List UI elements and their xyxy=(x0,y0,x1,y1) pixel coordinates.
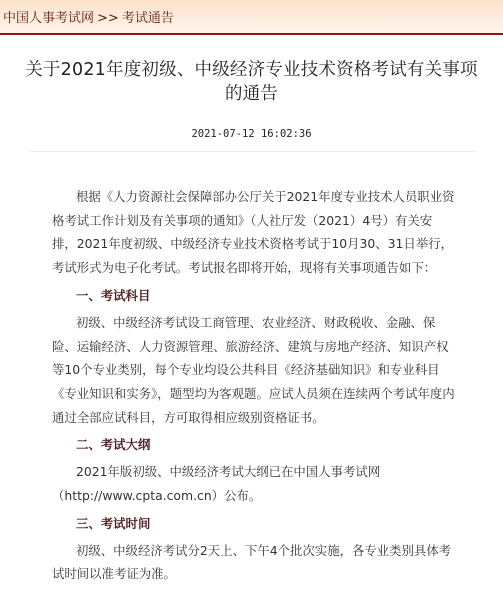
title-divider xyxy=(30,151,476,152)
article-body: 根据《人力资源社会保障部办公厅关于2021年度专业技术人员职业资格考试工作计划及… xyxy=(52,185,456,586)
article-datetime: 2021-07-12 16:02:36 xyxy=(0,128,503,140)
header-divider xyxy=(0,33,503,35)
section-heading-subjects: 一、考试科目 xyxy=(52,280,456,311)
breadcrumb-home-link[interactable]: 中国人事考试网 xyxy=(3,11,94,26)
breadcrumb-current-link[interactable]: 考试通告 xyxy=(122,11,174,26)
section-heading-syllabus: 二、考试大纲 xyxy=(52,429,456,460)
section-paragraph: 初级、中级经济考试分2天上、下午4个批次实施，各专业类别具体考试时间以准考证为准… xyxy=(52,539,456,586)
syllabus-url-paragraph: （http://www.cpta.com.cn）公布。 xyxy=(52,484,456,508)
breadcrumb-separator: >> xyxy=(97,11,119,26)
intro-paragraph: 根据《人力资源社会保障部办公厅关于2021年度专业技术人员职业资格考试工作计划及… xyxy=(52,185,456,280)
breadcrumb: 中国人事考试网>>考试通告 xyxy=(3,7,174,26)
section-paragraph: 初级、中级经济考试设工商管理、农业经济、财政税收、金融、保险、运输经济、人力资源… xyxy=(52,311,456,430)
section-paragraph: 2021年版初级、中级经济考试大纲已在中国人事考试网 xyxy=(52,460,456,484)
article-title: 关于2021年度初级、中级经济专业技术资格考试有关事项的通告 xyxy=(20,58,483,106)
section-heading-exam-time: 三、考试时间 xyxy=(52,508,456,539)
